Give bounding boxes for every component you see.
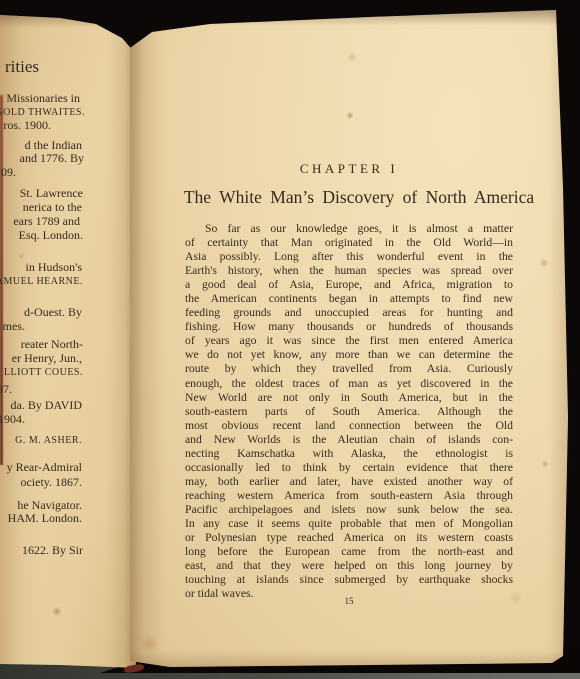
body-text-line: most obvious recent land connection betw… — [185, 419, 513, 433]
bibliography-line-fragment: y Rear-Admiral — [7, 461, 82, 474]
bibliography-line-fragment: er Henry, Jun., — [12, 352, 82, 365]
body-text-line: a good deal of Asia, Europe, and Africa,… — [185, 278, 513, 292]
chapter-title: The White Man’s Discovery of North Ameri… — [157, 187, 561, 208]
bibliography-line-fragment: d-Ouest. By — [24, 306, 82, 319]
body-text-line: occasionally led to think by certain evi… — [185, 461, 513, 475]
age-spot — [52, 607, 62, 616]
body-text-line: Pacific archipelagoes and islets now sun… — [185, 503, 513, 517]
age-spot — [539, 258, 549, 268]
age-spot — [541, 460, 549, 468]
chapter-heading: CHAPTER I — [158, 161, 540, 177]
age-spot — [508, 592, 524, 604]
body-text-line: necting Kamschatka with Alaska, the ethn… — [185, 447, 513, 461]
bibliography-line-fragment: da. By DAVID — [11, 399, 82, 412]
age-spot — [346, 112, 354, 119]
left-page-heading-fragment: rities — [5, 57, 39, 77]
body-text-line: feeding grounds and unoccupied areas for… — [185, 306, 513, 320]
bibliography-line-fragment: in Hudson's — [25, 261, 82, 274]
body-text-line: or Polynesian type reached America on it… — [185, 531, 513, 545]
body-text-line: enough, the oldest traces of man as yet … — [185, 377, 513, 391]
bibliography-line-fragment: 1622. By Sir — [22, 544, 83, 557]
body-text-line: long before the European came from the n… — [185, 545, 513, 559]
bibliography-line-fragment: ears 1789 and — [13, 215, 80, 228]
bibliography-line-fragment: mes. — [3, 320, 25, 333]
body-text-line: Earth's history, when the human species … — [185, 264, 513, 278]
bibliography-line-fragment: 09. — [1, 166, 16, 179]
bibliography-line-fragment: and 1776. By — [20, 152, 84, 165]
bibliography-line-fragment: St. Lawrence — [20, 187, 83, 200]
body-paragraph: So far as our knowledge goes, it is almo… — [185, 222, 513, 601]
bibliography-line-fragment: HAM. London. — [8, 512, 82, 525]
open-book-photo: rities Missionaries inGOLD THWAITES.ros.… — [0, 0, 580, 679]
body-text-line: In any case it seems quite probable that… — [185, 517, 513, 531]
bibliography-line-fragment: LLIOTT COUES. — [4, 366, 83, 379]
body-text-line: and New Worlds is the Aleutian chain of … — [185, 433, 513, 447]
body-text-line: the American continents began in attempt… — [185, 292, 513, 306]
age-spot — [138, 636, 160, 652]
left-page-text: rities Missionaries inGOLD THWAITES.ros.… — [0, 0, 86, 679]
bibliography-line-fragment: 97. — [0, 383, 12, 396]
page-number: 15 — [185, 596, 513, 606]
body-text-line: fishing. How many thousands or hundreds … — [185, 320, 513, 334]
bibliography-line-fragment: ros. 1900. — [3, 119, 51, 132]
body-text-line: New World are not only in South America,… — [185, 391, 513, 405]
bibliography-line-fragment: nerica to the — [23, 201, 82, 214]
age-spot — [346, 52, 358, 62]
body-text-line: Asia possibly. Long after this wonderful… — [185, 250, 513, 264]
body-text-line: So far as our knowledge goes, it is almo… — [185, 222, 513, 236]
body-text-line: touching at islands since submerged by e… — [185, 573, 513, 587]
bibliography-line-fragment: G. M. ASHER. — [15, 434, 82, 447]
bibliography-line-fragment: AMUEL HEARNE. — [0, 275, 83, 288]
bibliography-line-fragment: 1904. — [0, 413, 25, 426]
bibliography-line-fragment: Esq. London. — [19, 229, 83, 242]
body-text-line: of years ago it was since the first men … — [185, 334, 513, 348]
body-text-line: of certainty that Man originated in the … — [185, 236, 513, 250]
body-text-line: route by which they travelled from Asia.… — [185, 362, 513, 376]
bibliography-line-fragment: ociety. 1867. — [20, 476, 82, 489]
body-text-line: reaching western America from south-east… — [185, 489, 513, 503]
bibliography-line-fragment: reater North- — [21, 338, 83, 351]
body-text-line: may, both earlier and later, have existe… — [185, 475, 513, 489]
age-spot — [18, 253, 25, 259]
body-text-line: south-eastern parts of South America. Al… — [185, 405, 513, 419]
body-text-line: we do not yet know, any more than we can… — [185, 348, 513, 362]
bibliography-line-fragment: Missionaries in — [6, 92, 80, 105]
body-text-line: east, and that they were helped on this … — [185, 559, 513, 573]
